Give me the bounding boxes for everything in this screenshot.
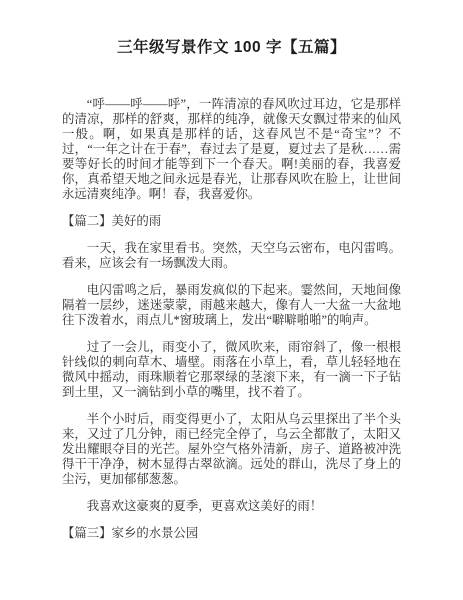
page-title: 三年级写景作文 100 字【五篇】	[62, 39, 401, 56]
essay-two-paragraph-2: 电闪雷鸣之后，暴雨发疯似的下起来。霎然间，天地间像隔着一层纱，迷迷蒙蒙，雨越来越…	[62, 283, 401, 328]
essay-two-paragraph-1: 一天，我在家里看书。突然，天空乌云密布，电闪雷鸣。看来，应该会有一场飘泼大雨。	[62, 241, 401, 271]
section-heading-essay-three: 【篇三】家乡的水景公园	[62, 526, 401, 541]
essay-two-paragraph-4: 半个小时后，雨变得更小了，太阳从乌云里探出了半个头来，又过了几分钟，雨已经完全停…	[62, 412, 401, 487]
document-page: 三年级写景作文 100 字【五篇】 “呼——呼——呼”，一阵清凉的春风吹过耳边，…	[0, 0, 463, 600]
essay-two-paragraph-3: 过了一会儿，雨变小了，微风吹来，雨帘斜了，像一根根针线似的刺向草木、墙壁。雨落在…	[62, 340, 401, 400]
essay-one-paragraph: “呼——呼——呼”，一阵清凉的春风吹过耳边，它是那样的清凉，那样的舒爽，那样的纯…	[62, 97, 401, 202]
essay-two-closing-line: 我喜欢这豪爽的夏季，更喜欢这美好的雨！	[62, 499, 401, 514]
section-heading-essay-two: 【篇二】美好的雨	[62, 214, 401, 229]
